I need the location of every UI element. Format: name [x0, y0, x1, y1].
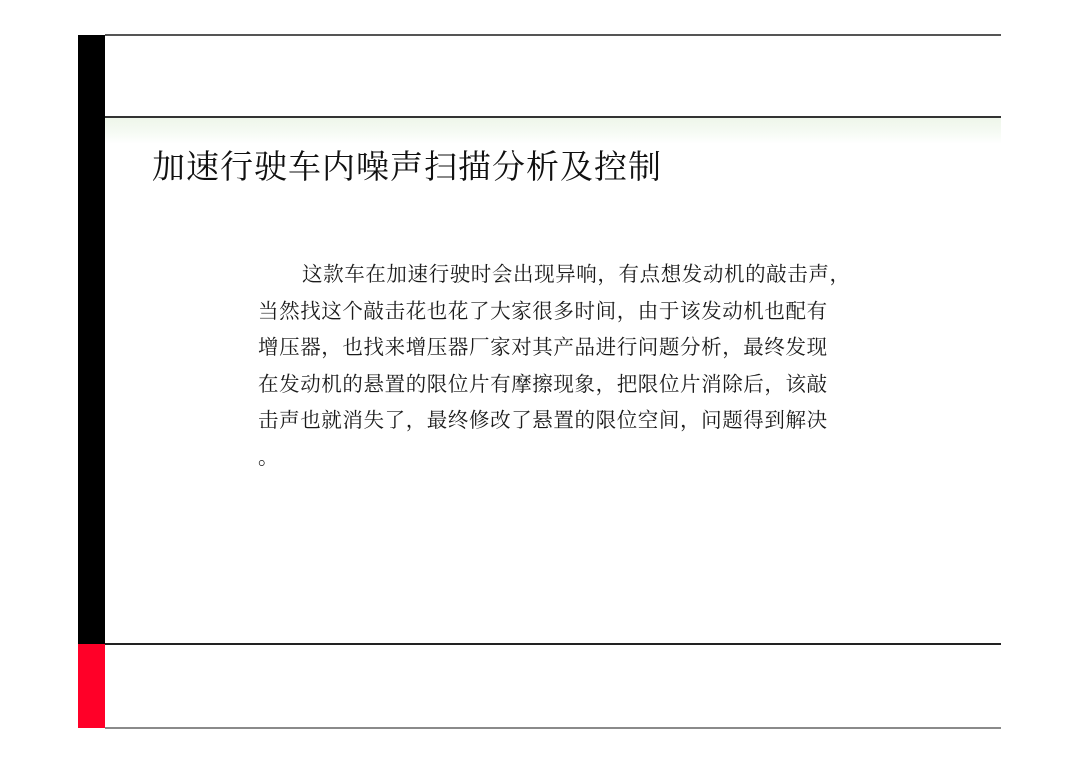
body-line: 。 [258, 439, 898, 476]
left-accent-bar-red [78, 644, 105, 728]
bottom-rule [105, 727, 1001, 729]
top-rule [105, 34, 1001, 36]
body-line: 当然找这个敲击花也花了大家很多时间，由于该发动机也配有 [258, 293, 898, 330]
body-paragraph: 这款车在加速行驶时会出现异响，有点想发动机的敲击声， 当然找这个敲击花也花了大家… [258, 256, 898, 475]
slide-title: 加速行驶车内噪声扫描分析及控制 [152, 144, 662, 190]
left-accent-bar-black [78, 35, 105, 644]
slide: 加速行驶车内噪声扫描分析及控制 这款车在加速行驶时会出现异响，有点想发动机的敲击… [0, 0, 1080, 763]
body-line: 增压器，也找来增压器厂家对其产品进行问题分析，最终发现 [258, 329, 898, 366]
body-line: 这款车在加速行驶时会出现异响，有点想发动机的敲击声， [258, 256, 898, 293]
body-line: 在发动机的悬置的限位片有摩擦现象，把限位片消除后，该敲 [258, 366, 898, 403]
footer-rule [105, 643, 1001, 645]
title-gradient-band [105, 118, 1001, 144]
body-line: 击声也就消失了，最终修改了悬置的限位空间，问题得到解决 [258, 402, 898, 439]
